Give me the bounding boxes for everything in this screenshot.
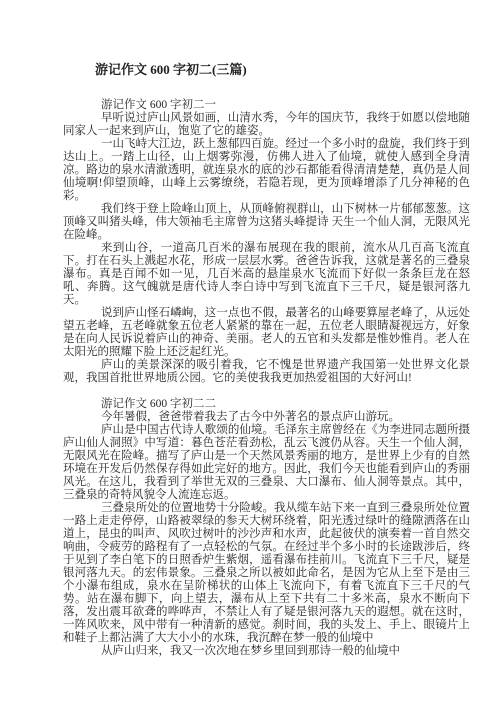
essay-paragraph: 一山飞峙大江边，跃上葱郁四百旋。经过一个多小时的盘旋，我们终于到达山上。一踏上山… [63,138,470,203]
essay-paragraph: 庐山的美景深深的吸引着我，它不愧是世界遗产我国第一处世界文化景观，我国首批世界地… [63,359,470,385]
essays-container: 游记作文 600 字初二一早听说过庐山风景如画，山清水秀，今年的国庆节，我终于如… [63,99,470,658]
essay-section: 游记作文 600 字初二一早听说过庐山风景如画，山清水秀，今年的国庆节，我终于如… [63,99,470,385]
essay-heading: 游记作文 600 字初二二 [101,398,470,411]
essay-paragraph: 今年暑假，爸爸带着我去了古今中外著名的景点庐山游玩。 [63,411,470,424]
document-page: 游记作文 600 字初二(三篇) 游记作文 600 字初二一早听说过庐山风景如画… [0,0,500,707]
essay-heading: 游记作文 600 字初二一 [101,99,470,112]
essay-paragraph: 早听说过庐山风景如画，山清水秀，今年的国庆节，我终于如愿以偿地随同家人一起来到庐… [63,112,470,138]
essay-section: 游记作文 600 字初二二今年暑假，爸爸带着我去了古今中外著名的景点庐山游玩。庐… [63,398,470,658]
essay-paragraph: 从庐山归来，我又一次次地在梦乡里回到那诗一般的仙境中 [63,645,470,658]
essay-paragraph: 说到庐山怪石嶙峋，这一点也不假，最著名的山峰要算屋老峰了，从远处望五老峰，五老峰… [63,307,470,359]
essay-paragraph: 我们终于登上险峰山顶上，从顶峰俯视群山，山下树林一片郁郁葱葱。这顶峰又叫猪头峰，… [63,203,470,242]
document-title: 游记作文 600 字初二(三篇) [95,62,470,77]
essay-paragraph: 庐山是中国古代诗人歌颂的仙境。毛泽东主席曾经在《为李进同志题所摄庐山仙人洞照》中… [63,424,470,502]
essay-paragraph: 三叠泉所处的位置地势十分险峻。我从缆车站下来一直到三叠泉所处位置一路上走走停停，… [63,502,470,645]
essay-paragraph: 来到山谷，一道高几百米的瀑布展现在我的眼前，流水从几百高飞流直下。打在石头上溅起… [63,242,470,307]
